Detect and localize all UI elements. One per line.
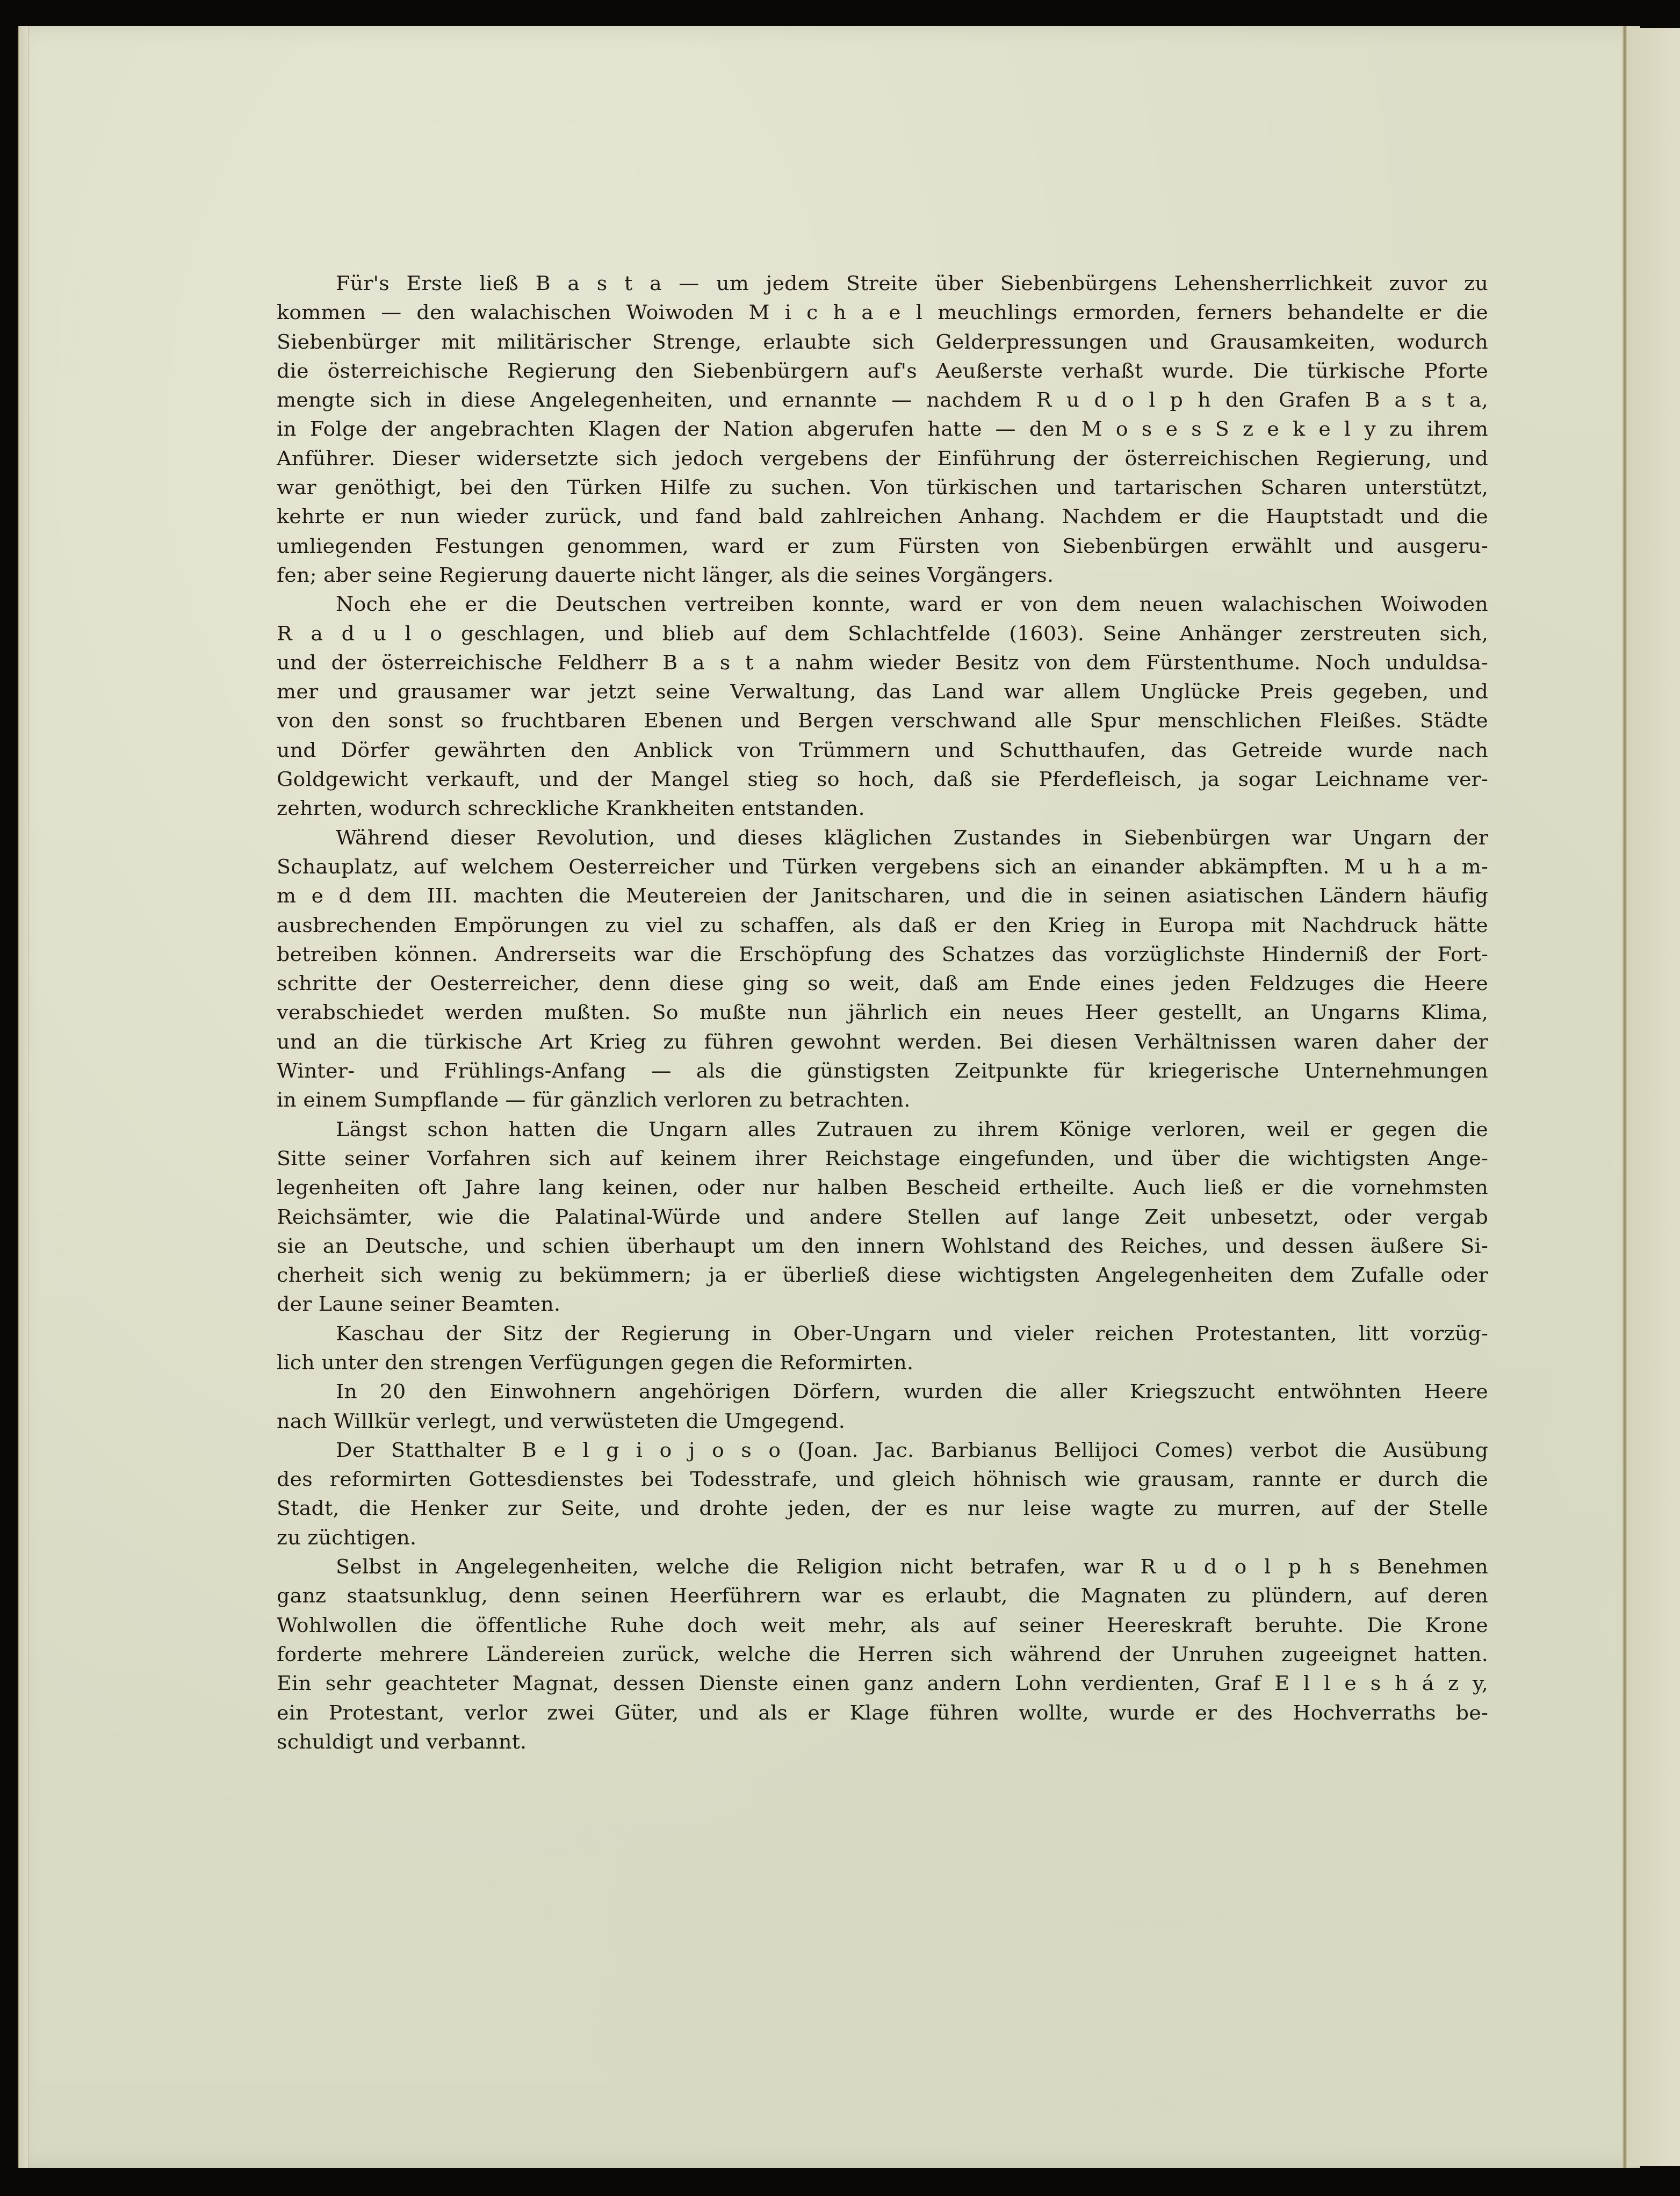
text-line: zu züchtigen. — [277, 1523, 1488, 1552]
text-line: und Dörfer gewährten den Anblick von Trü… — [277, 735, 1488, 764]
text-line: Kaschau der Sitz der Regierung in Ober-U… — [277, 1319, 1488, 1348]
text-line: kehrte er nun wieder zurück, und fand ba… — [277, 502, 1488, 531]
text-line: die österreichische Regierung den Sieben… — [277, 356, 1488, 385]
text-line: Noch ehe er die Deutschen vertreiben kon… — [277, 589, 1488, 618]
text-line: und der österreichische Feldherr B a s t… — [277, 648, 1488, 677]
text-line: mer und grausamer war jetzt seine Verwal… — [277, 677, 1488, 706]
text-line: nach Willkür verlegt, und verwüsteten di… — [277, 1406, 1488, 1435]
body-text: Für's Erste ließ B a s t a — um jedem St… — [277, 269, 1488, 1756]
text-line: Stadt, die Henker zur Seite, und drohte … — [277, 1493, 1488, 1522]
text-line: Siebenbürger mit militärischer Strenge, … — [277, 327, 1488, 356]
text-line: ganz staatsunklug, denn seinen Heerführe… — [277, 1581, 1488, 1610]
text-line: Schauplatz, auf welchem Oesterreicher un… — [277, 852, 1488, 881]
text-line: betreiben können. Andrerseits war die Er… — [277, 940, 1488, 969]
text-line: in einem Sumpflande — für gänzlich verlo… — [277, 1085, 1488, 1114]
text-line: Reichsämter, wie die Palatinal-Würde und… — [277, 1202, 1488, 1231]
text-line: Sitte seiner Vorfahren sich auf keinem i… — [277, 1144, 1488, 1173]
text-line: forderte mehrere Ländereien zurück, welc… — [277, 1639, 1488, 1668]
next-page-edge — [1628, 28, 1680, 2166]
text-line: Wohlwollen die öffentliche Ruhe doch wei… — [277, 1610, 1488, 1639]
text-line: Längst schon hatten die Ungarn alles Zut… — [277, 1115, 1488, 1144]
text-line: zehrten, wodurch schreckliche Krankheite… — [277, 793, 1488, 822]
text-line: war genöthigt, bei den Türken Hilfe zu s… — [277, 473, 1488, 502]
text-line: lich unter den strengen Verfügungen gege… — [277, 1348, 1488, 1377]
text-line: Goldgewicht verkauft, und der Mangel sti… — [277, 764, 1488, 793]
text-line: m e d dem III. machten die Meutereien de… — [277, 881, 1488, 910]
text-line: R a d u l o geschlagen, und blieb auf de… — [277, 619, 1488, 648]
text-line: schritte der Oesterreicher, denn diese g… — [277, 969, 1488, 998]
text-line: umliegenden Festungen genommen, ward er … — [277, 531, 1488, 560]
text-line: In 20 den Einwohnern angehörigen Dörfern… — [277, 1377, 1488, 1406]
text-line: ein Protestant, verlor zwei Güter, und a… — [277, 1698, 1488, 1727]
text-line: verabschiedet werden mußten. So mußte nu… — [277, 998, 1488, 1027]
text-line: Winter- und Frühlings-Anfang — als die g… — [277, 1056, 1488, 1085]
page-left-edge — [18, 26, 28, 2168]
text-line: Der Statthalter B e l g i o j o s o (Joa… — [277, 1435, 1488, 1464]
text-line: Selbst in Angelegenheiten, welche die Re… — [277, 1552, 1488, 1581]
text-line: Anführer. Dieser widersetzte sich jedoch… — [277, 444, 1488, 473]
text-line: schuldigt und verbannt. — [277, 1727, 1488, 1756]
text-line: und an die türkische Art Krieg zu führen… — [277, 1027, 1488, 1056]
text-line: mengte sich in diese Angelegenheiten, un… — [277, 385, 1488, 414]
gutter-fold — [1623, 26, 1628, 2168]
text-line: Für's Erste ließ B a s t a — um jedem St… — [277, 269, 1488, 298]
text-line: der Laune seiner Beamten. — [277, 1289, 1488, 1318]
text-line: fen; aber seine Regierung dauerte nicht … — [277, 560, 1488, 589]
text-line: des reformirten Gottesdienstes bei Todes… — [277, 1464, 1488, 1493]
text-line: cherheit sich wenig zu bekümmern; ja er … — [277, 1260, 1488, 1289]
text-line: ausbrechenden Empörungen zu viel zu scha… — [277, 911, 1488, 940]
text-line: von den sonst so fruchtbaren Ebenen und … — [277, 706, 1488, 735]
text-line: in Folge der angebrachten Klagen der Nat… — [277, 414, 1488, 443]
text-line: Ein sehr geachteter Magnat, dessen Diens… — [277, 1668, 1488, 1697]
text-line: legenheiten oft Jahre lang keinen, oder … — [277, 1173, 1488, 1202]
text-line: kommen — den walachischen Woiwoden M i c… — [277, 298, 1488, 327]
text-line: sie an Deutsche, und schien überhaupt um… — [277, 1231, 1488, 1260]
text-line: Während dieser Revolution, und dieses kl… — [277, 823, 1488, 852]
